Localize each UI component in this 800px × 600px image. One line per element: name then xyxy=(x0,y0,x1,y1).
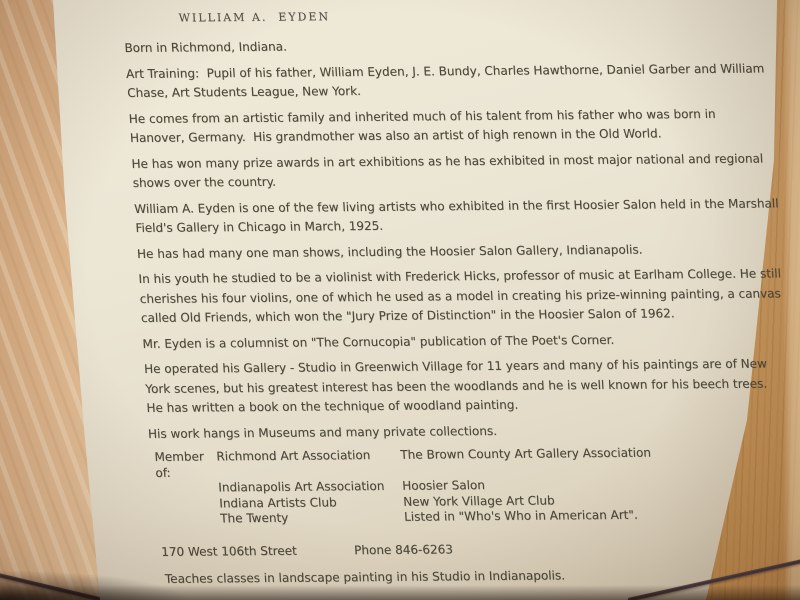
membership-list: Member of: Richmond Art Association The … xyxy=(154,444,798,527)
paragraph-one-man-shows: He has had many one man shows, including… xyxy=(136,239,782,264)
membership-item: Listed in "Who's Who in American Art". xyxy=(404,506,799,525)
membership-spacer xyxy=(157,496,220,512)
paragraph-gallery-studio: He operated his Gallery - Studio in Gree… xyxy=(144,354,792,418)
paragraph-hoosier-salon: William A. Eyden is one of the few livin… xyxy=(134,194,781,239)
membership-spacer xyxy=(156,480,219,496)
typed-text-block: WILLIAM A. EYDEN Born in Richmond, India… xyxy=(122,2,800,589)
paragraph-born: Born in Richmond, Indiana. xyxy=(124,33,770,58)
corner-shadow xyxy=(0,570,190,600)
membership-item: The Twenty xyxy=(220,510,405,527)
contact-line: 170 West 106th Street Phone 846-6263 xyxy=(155,537,800,562)
photo-of-document: WILLIAM A. EYDEN Born in Richmond, India… xyxy=(0,0,800,600)
paragraph-awards: He has won many prize awards in art exhi… xyxy=(131,149,778,194)
membership-item: Richmond Art Association xyxy=(216,448,402,481)
paragraph-violinist: In his youth he studied to be a violinis… xyxy=(138,264,786,328)
membership-item: Indianapolis Art Association xyxy=(218,479,403,496)
paragraph-columnist: Mr. Eyden is a columnist on "The Cornuco… xyxy=(142,329,788,354)
membership-spacer xyxy=(158,511,221,527)
paragraph-art-training: Art Training: Pupil of his father, Willi… xyxy=(125,59,772,104)
street-address: 170 West 106th Street xyxy=(161,543,297,558)
paragraph-family: He comes from an artistic family and inh… xyxy=(128,104,775,149)
membership-label: Member of: xyxy=(154,449,218,481)
phone-number: Phone 846-6263 xyxy=(354,540,454,560)
membership-item: The Brown County Art Gallery Association xyxy=(400,444,796,478)
paragraph-collections: His work hangs in Museums and many priva… xyxy=(147,419,793,444)
membership-item: Indiana Artists Club xyxy=(219,494,404,511)
document-title: WILLIAM A. EYDEN xyxy=(178,6,768,25)
